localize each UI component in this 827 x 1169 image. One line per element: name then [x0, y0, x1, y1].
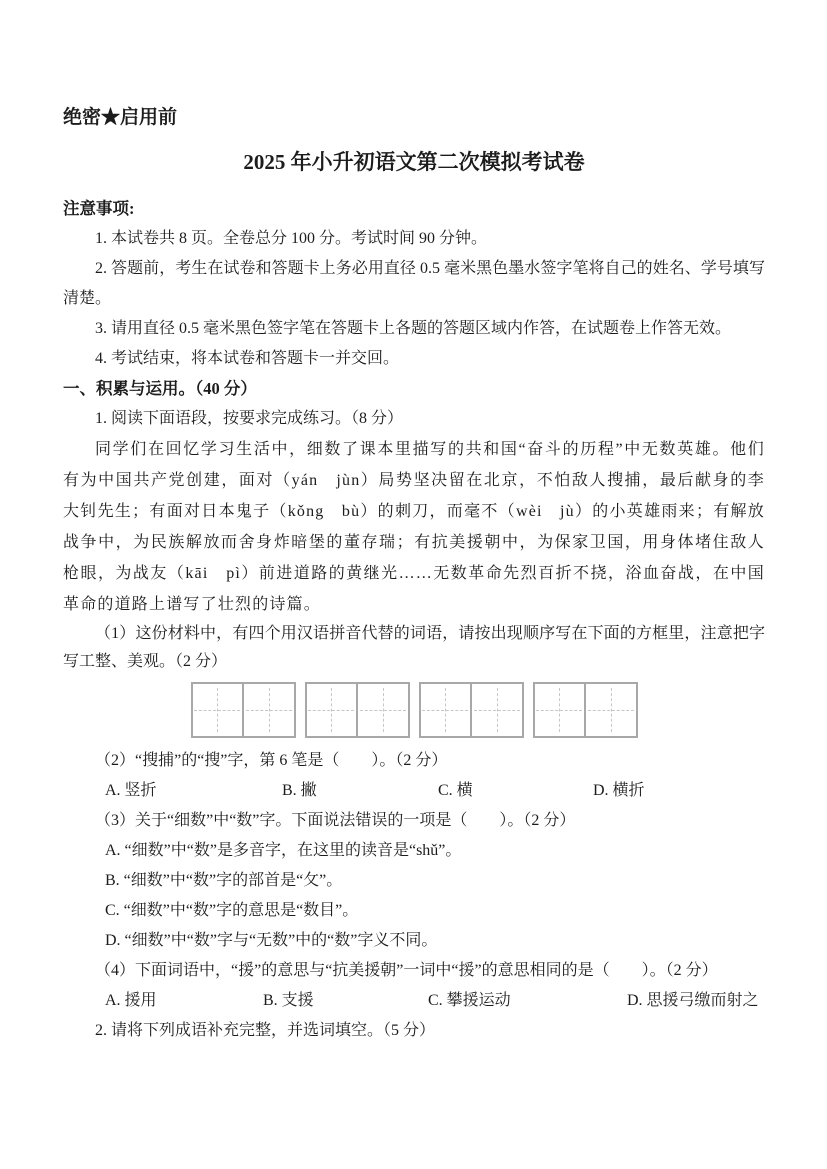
option-c: C. “细数”中“数”字的意思是“数目”。 [63, 896, 765, 926]
subquestion-2-options: A. 竖折 B. 撇 C. 横 D. 横折 [63, 776, 765, 806]
subquestion-1: （1）这份材料中，有四个用汉语拼音代替的词语，请按出现顺序写在下面的方框里，注意… [63, 620, 765, 676]
grid-cell [242, 684, 294, 736]
option-d: D. 思援弓缴而射之 [627, 986, 759, 1016]
option-b: B. “细数”中“数”字的部首是“攵”。 [63, 866, 765, 896]
subquestion-4-options: A. 援用 B. 支援 C. 攀援运动 D. 思援弓缴而射之 [63, 986, 765, 1016]
grid-group [419, 682, 524, 738]
option-d: D. 横折 [593, 776, 645, 806]
option-a: A. “细数”中“数”是多音字，在这里的读音是“shǔ”。 [63, 836, 765, 866]
page-content: 绝密★启用前 2025 年小升初语文第二次模拟考试卷 注意事项: 1. 本试卷共… [0, 0, 827, 1046]
notice-list: 1. 本试卷共 8 页。全卷总分 100 分。考试时间 90 分钟。 2. 答题… [63, 224, 765, 374]
option-b: B. 撇 [282, 776, 438, 806]
answer-grid [63, 682, 765, 738]
option-a: A. 援用 [105, 986, 263, 1016]
classification-label: 绝密★启用前 [63, 106, 765, 130]
grid-cell [193, 684, 243, 736]
grid-group [305, 682, 410, 738]
option-c: C. 横 [438, 776, 593, 806]
grid-group [191, 682, 296, 738]
page-title: 2025 年小升初语文第二次模拟考试卷 [63, 148, 765, 176]
notice-item: 1. 本试卷共 8 页。全卷总分 100 分。考试时间 90 分钟。 [63, 224, 765, 254]
section-heading: 一、积累与运用。（40 分） [63, 374, 765, 404]
option-d: D. “细数”中“数”字与“无数”中的“数”字义不同。 [63, 926, 765, 956]
notice-item: 2. 答题前，考生在试卷和答题卡上务必用直径 0.5 毫米黑色墨水签字笔将自己的… [63, 254, 765, 314]
subquestion-4: （4）下面词语中，“援”的意思与“抗美援朝”一词中“援”的意思相同的是（ ）。（… [63, 956, 765, 986]
grid-group [533, 682, 638, 738]
subquestion-2: （2）“搜捕”的“搜”字，第 6 笔是（ ）。（2 分） [63, 746, 765, 776]
grid-cell [421, 684, 471, 736]
question-2-stem: 2. 请将下列成语补充完整，并选词填空。（5 分） [63, 1016, 765, 1046]
grid-cell [470, 684, 522, 736]
reading-passage: 同学们在回忆学习生活中，细数了课本里描写的共和国“奋斗的历程”中无数英雄。他们有… [63, 434, 765, 620]
grid-cell [356, 684, 408, 736]
grid-cell [584, 684, 636, 736]
notice-heading: 注意事项: [63, 196, 765, 222]
notice-item: 3. 请用直径 0.5 毫米黑色签字笔在答题卡上各题的答题区域内作答，在试题卷上… [63, 314, 765, 344]
option-a: A. 竖折 [105, 776, 282, 806]
notice-item: 4. 考试结束，将本试卷和答题卡一并交回。 [63, 344, 765, 374]
grid-cell [307, 684, 357, 736]
grid-cell [535, 684, 585, 736]
option-b: B. 支援 [263, 986, 428, 1016]
subquestion-3: （3）关于“细数”中“数”字。下面说法错误的一项是（ ）。（2 分） [63, 806, 765, 836]
option-c: C. 攀援运动 [428, 986, 627, 1016]
question-1-stem: 1. 阅读下面语段，按要求完成练习。（8 分） [63, 404, 765, 434]
exam-paper-page: 绝密★启用前 2025 年小升初语文第二次模拟考试卷 注意事项: 1. 本试卷共… [0, 0, 827, 1169]
